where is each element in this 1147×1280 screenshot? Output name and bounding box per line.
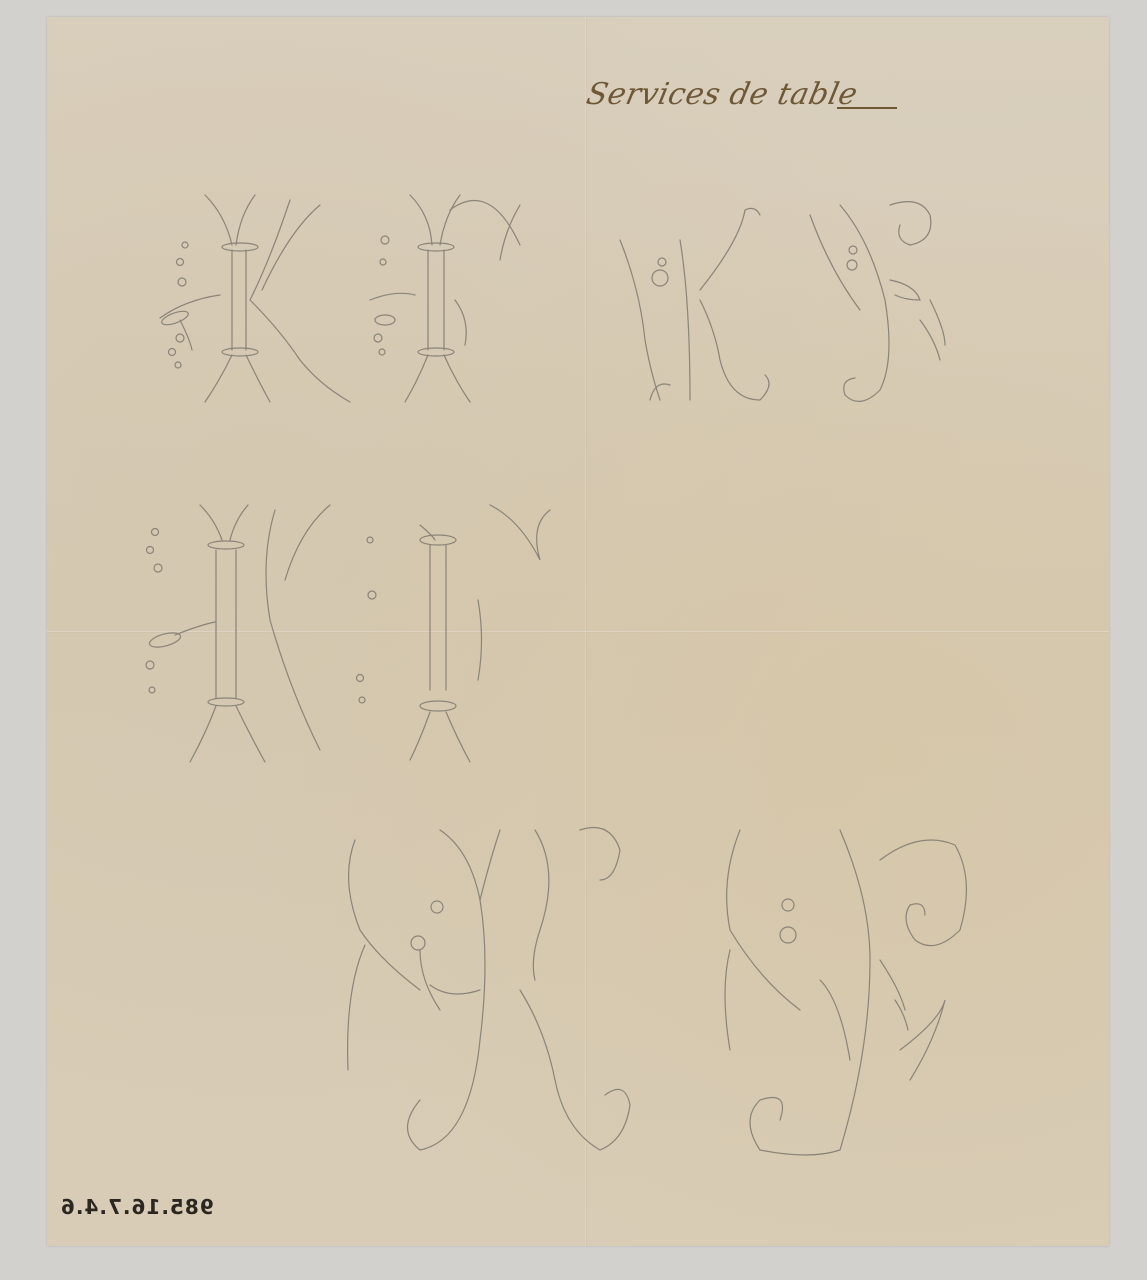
monogram-2-sketch	[620, 202, 945, 402]
paper-sheet: Services de table	[47, 17, 1109, 1246]
inventory-number-mirrored: 985.16.7.4.6	[60, 1195, 214, 1219]
monogram-1-sketch	[160, 195, 520, 402]
monogram-3-sketch	[146, 505, 550, 762]
pencil-sketches	[47, 17, 1109, 1246]
monogram-4-sketch	[348, 828, 967, 1156]
